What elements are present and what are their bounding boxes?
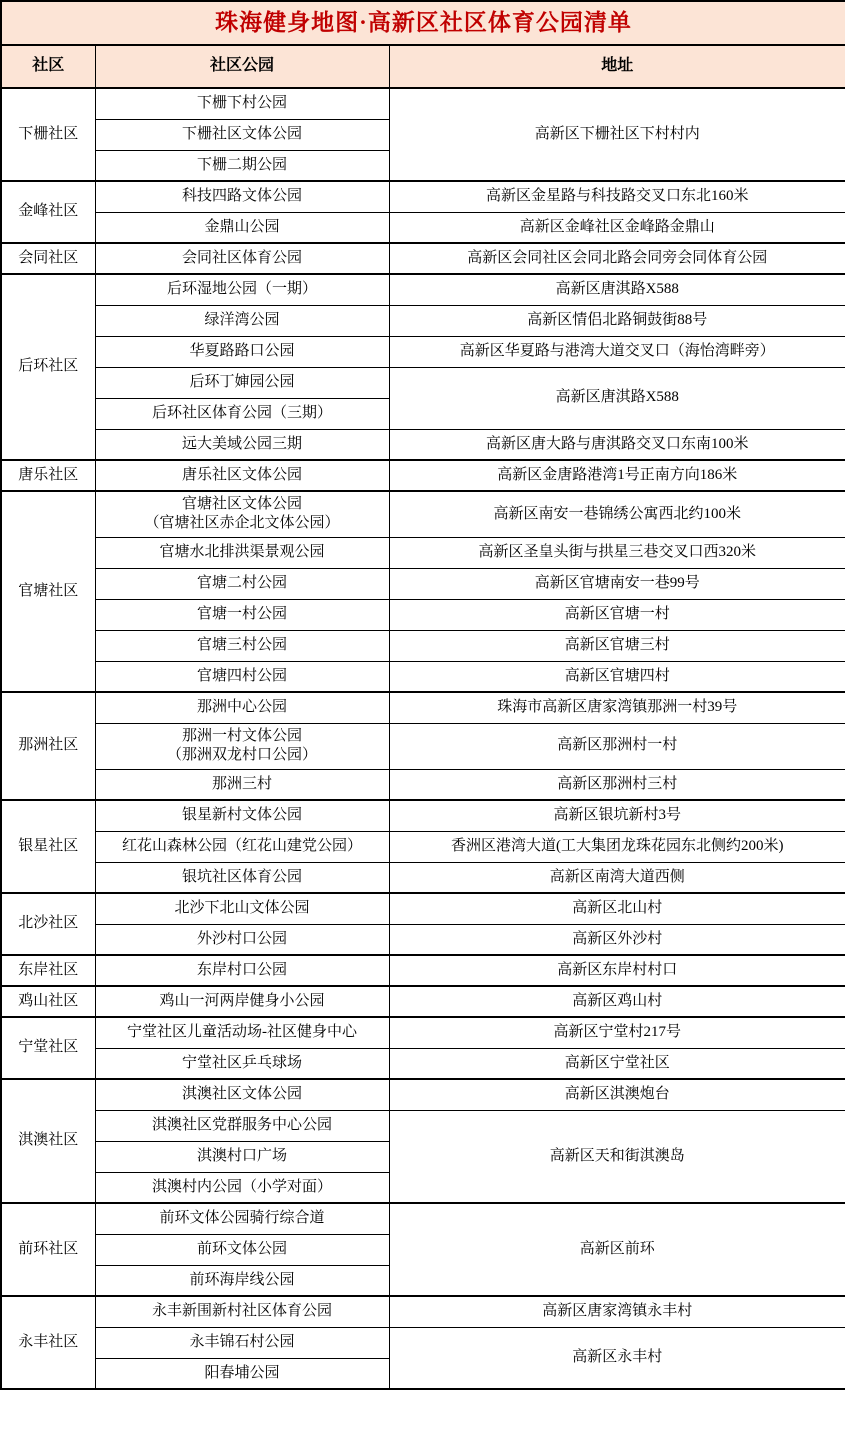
- table-row: 官塘一村公园 高新区官塘一村: [1, 599, 845, 630]
- community-cell: 会同社区: [1, 243, 95, 274]
- community-cell: 淇澳社区: [1, 1079, 95, 1203]
- park-cell: 官塘三村公园: [95, 630, 389, 661]
- community-cell: 东岸社区: [1, 955, 95, 986]
- table-row: 会同社区 会同社区体育公园 高新区会同社区会同北路会同旁会同体育公园: [1, 243, 845, 274]
- table-row: 金鼎山公园 高新区金峰社区金峰路金鼎山: [1, 212, 845, 243]
- park-cell: 红花山森林公园（红花山建党公园）: [95, 831, 389, 862]
- table-row: 那洲社区 那洲中心公园 珠海市高新区唐家湾镇那洲一村39号: [1, 692, 845, 723]
- table-row: 银坑社区体育公园 高新区南湾大道西侧: [1, 862, 845, 893]
- address-cell: 高新区银坑新村3号: [389, 800, 845, 831]
- table-row: 唐乐社区 唐乐社区文体公园 高新区金唐路港湾1号正南方向186米: [1, 460, 845, 491]
- table-row: 金峰社区 科技四路文体公园 高新区金星路与科技路交叉口东北160米: [1, 181, 845, 212]
- park-cell: 宁堂社区乒乓球场: [95, 1048, 389, 1079]
- park-cell: 下栅下村公园: [95, 88, 389, 119]
- community-cell: 北沙社区: [1, 893, 95, 955]
- park-cell: 会同社区体育公园: [95, 243, 389, 274]
- address-cell: 高新区东岸村村口: [389, 955, 845, 986]
- park-cell: 永丰锦石村公园: [95, 1327, 389, 1358]
- table-row: 绿洋湾公园 高新区情侣北路铜鼓街88号: [1, 305, 845, 336]
- community-cell: 金峰社区: [1, 181, 95, 243]
- community-cell: 永丰社区: [1, 1296, 95, 1389]
- address-cell: 高新区永丰村: [389, 1327, 845, 1389]
- table-row: 银星社区 银星新村文体公园 高新区银坑新村3号: [1, 800, 845, 831]
- table-row: 远大美域公园三期 高新区唐大路与唐淇路交叉口东南100米: [1, 429, 845, 460]
- park-cell: 后环丁婶园公园: [95, 367, 389, 398]
- table-row: 东岸社区 东岸村口公园 高新区东岸村村口: [1, 955, 845, 986]
- address-cell: 高新区下栅社区下村村内: [389, 88, 845, 181]
- col-header-community: 社区: [1, 45, 95, 88]
- community-cell: 宁堂社区: [1, 1017, 95, 1079]
- park-cell: 淇澳村内公园（小学对面）: [95, 1172, 389, 1203]
- park-cell: 后环湿地公园（一期）: [95, 274, 389, 305]
- park-cell: 官塘一村公园: [95, 599, 389, 630]
- address-cell: 高新区南湾大道西侧: [389, 862, 845, 893]
- address-cell: 高新区唐大路与唐淇路交叉口东南100米: [389, 429, 845, 460]
- address-cell: 高新区情侣北路铜鼓街88号: [389, 305, 845, 336]
- table-row: 淇澳社区 淇澳社区文体公园 高新区淇澳炮台: [1, 1079, 845, 1110]
- park-cell: 阳春埔公园: [95, 1358, 389, 1389]
- park-cell: 北沙下北山文体公园: [95, 893, 389, 924]
- table-row: 官塘三村公园 高新区官塘三村: [1, 630, 845, 661]
- address-cell: 高新区宁堂社区: [389, 1048, 845, 1079]
- address-cell: 高新区那洲村一村: [389, 723, 845, 769]
- address-cell: 高新区圣皇头街与拱星三巷交叉口西320米: [389, 537, 845, 568]
- park-cell: 唐乐社区文体公园: [95, 460, 389, 491]
- park-cell: 宁堂社区儿童活动场-社区健身中心: [95, 1017, 389, 1048]
- community-cell: 下栅社区: [1, 88, 95, 181]
- park-cell: 淇澳社区党群服务中心公园: [95, 1110, 389, 1141]
- address-cell: 高新区鸡山村: [389, 986, 845, 1017]
- park-cell: 后环社区体育公园（三期）: [95, 398, 389, 429]
- address-cell: 高新区淇澳炮台: [389, 1079, 845, 1110]
- address-cell: 香洲区港湾大道(工大集团龙珠花园东北侧约200米): [389, 831, 845, 862]
- table-row: 那洲三村 高新区那洲村三村: [1, 769, 845, 800]
- address-cell: 高新区北山村: [389, 893, 845, 924]
- park-cell: 下栅二期公园: [95, 150, 389, 181]
- table-row: 官塘二村公园 高新区官塘南安一巷99号: [1, 568, 845, 599]
- park-cell: 绿洋湾公园: [95, 305, 389, 336]
- table-row: 永丰社区 永丰新围新村社区体育公园 高新区唐家湾镇永丰村: [1, 1296, 845, 1327]
- address-cell: 高新区宁堂村217号: [389, 1017, 845, 1048]
- park-cell: 官塘二村公园: [95, 568, 389, 599]
- park-cell: 前环海岸线公园: [95, 1265, 389, 1296]
- address-cell: 高新区金星路与科技路交叉口东北160米: [389, 181, 845, 212]
- address-cell: 高新区唐家湾镇永丰村: [389, 1296, 845, 1327]
- address-cell: 高新区天和街淇澳岛: [389, 1110, 845, 1203]
- address-cell: 高新区唐淇路X588: [389, 274, 845, 305]
- park-cell: 银星新村文体公园: [95, 800, 389, 831]
- park-cell: 前环文体公园骑行综合道: [95, 1203, 389, 1234]
- community-cell: 那洲社区: [1, 692, 95, 800]
- table-row: 宁堂社区 宁堂社区儿童活动场-社区健身中心 高新区宁堂村217号: [1, 1017, 845, 1048]
- table-row: 北沙社区 北沙下北山文体公园 高新区北山村: [1, 893, 845, 924]
- address-cell: 高新区金唐路港湾1号正南方向186米: [389, 460, 845, 491]
- address-cell: 珠海市高新区唐家湾镇那洲一村39号: [389, 692, 845, 723]
- table-row: 淇澳社区党群服务中心公园 高新区天和街淇澳岛: [1, 1110, 845, 1141]
- address-cell: 高新区官塘四村: [389, 661, 845, 692]
- park-cell: 那洲三村: [95, 769, 389, 800]
- park-cell: 远大美域公园三期: [95, 429, 389, 460]
- table-row: 下栅社区 下栅下村公园 高新区下栅社区下村村内: [1, 88, 845, 119]
- table-row: 华夏路路口公园 高新区华夏路与港湾大道交叉口（海怡湾畔旁）: [1, 336, 845, 367]
- address-cell: 高新区南安一巷锦绣公寓西北约100米: [389, 491, 845, 537]
- title-row: 珠海健身地图·高新区社区体育公园清单: [1, 1, 845, 45]
- community-cell: 唐乐社区: [1, 460, 95, 491]
- table-row: 鸡山社区 鸡山一河两岸健身小公园 高新区鸡山村: [1, 986, 845, 1017]
- park-cell: 官塘水北排洪渠景观公园: [95, 537, 389, 568]
- park-cell: 东岸村口公园: [95, 955, 389, 986]
- park-cell: 永丰新围新村社区体育公园: [95, 1296, 389, 1327]
- spreadsheet-page: 珠海健身地图·高新区社区体育公园清单 社区 社区公园 地址 下栅社区 下栅下村公…: [0, 0, 845, 1390]
- table-row: 永丰锦石村公园 高新区永丰村: [1, 1327, 845, 1358]
- park-cell: 华夏路路口公园: [95, 336, 389, 367]
- community-cell: 后环社区: [1, 274, 95, 460]
- park-cell: 那洲一村文体公园 （那洲双龙村口公园）: [95, 723, 389, 769]
- address-cell: 高新区前环: [389, 1203, 845, 1296]
- park-cell: 银坑社区体育公园: [95, 862, 389, 893]
- table-row: 后环丁婶园公园 高新区唐淇路X588: [1, 367, 845, 398]
- park-cell: 外沙村口公园: [95, 924, 389, 955]
- address-cell: 高新区官塘三村: [389, 630, 845, 661]
- table-row: 官塘社区 官塘社区文体公园 （官塘社区赤企北文体公园） 高新区南安一巷锦绣公寓西…: [1, 491, 845, 537]
- park-cell: 那洲中心公园: [95, 692, 389, 723]
- park-cell: 下栅社区文体公园: [95, 119, 389, 150]
- community-cell: 官塘社区: [1, 491, 95, 692]
- table-row: 那洲一村文体公园 （那洲双龙村口公园） 高新区那洲村一村: [1, 723, 845, 769]
- park-cell: 鸡山一河两岸健身小公园: [95, 986, 389, 1017]
- community-parks-table: 珠海健身地图·高新区社区体育公园清单 社区 社区公园 地址 下栅社区 下栅下村公…: [0, 0, 845, 1390]
- address-cell: 高新区金峰社区金峰路金鼎山: [389, 212, 845, 243]
- community-cell: 银星社区: [1, 800, 95, 893]
- table-row: 官塘四村公园 高新区官塘四村: [1, 661, 845, 692]
- column-header-row: 社区 社区公园 地址: [1, 45, 845, 88]
- col-header-address: 地址: [389, 45, 845, 88]
- community-cell: 鸡山社区: [1, 986, 95, 1017]
- park-cell: 金鼎山公园: [95, 212, 389, 243]
- park-cell: 淇澳社区文体公园: [95, 1079, 389, 1110]
- park-cell: 官塘社区文体公园 （官塘社区赤企北文体公园）: [95, 491, 389, 537]
- address-cell: 高新区唐淇路X588: [389, 367, 845, 429]
- address-cell: 高新区官塘南安一巷99号: [389, 568, 845, 599]
- col-header-park: 社区公园: [95, 45, 389, 88]
- table-row: 外沙村口公园 高新区外沙村: [1, 924, 845, 955]
- table-row: 宁堂社区乒乓球场 高新区宁堂社区: [1, 1048, 845, 1079]
- address-cell: 高新区华夏路与港湾大道交叉口（海怡湾畔旁）: [389, 336, 845, 367]
- park-cell: 科技四路文体公园: [95, 181, 389, 212]
- park-cell: 官塘四村公园: [95, 661, 389, 692]
- park-cell: 前环文体公园: [95, 1234, 389, 1265]
- table-row: 后环社区 后环湿地公园（一期） 高新区唐淇路X588: [1, 274, 845, 305]
- park-cell: 淇澳村口广场: [95, 1141, 389, 1172]
- address-cell: 高新区会同社区会同北路会同旁会同体育公园: [389, 243, 845, 274]
- table-row: 前环社区 前环文体公园骑行综合道 高新区前环: [1, 1203, 845, 1234]
- table-row: 红花山森林公园（红花山建党公园） 香洲区港湾大道(工大集团龙珠花园东北侧约200…: [1, 831, 845, 862]
- address-cell: 高新区那洲村三村: [389, 769, 845, 800]
- page-title: 珠海健身地图·高新区社区体育公园清单: [1, 1, 845, 45]
- community-cell: 前环社区: [1, 1203, 95, 1296]
- address-cell: 高新区官塘一村: [389, 599, 845, 630]
- address-cell: 高新区外沙村: [389, 924, 845, 955]
- table-row: 官塘水北排洪渠景观公园 高新区圣皇头街与拱星三巷交叉口西320米: [1, 537, 845, 568]
